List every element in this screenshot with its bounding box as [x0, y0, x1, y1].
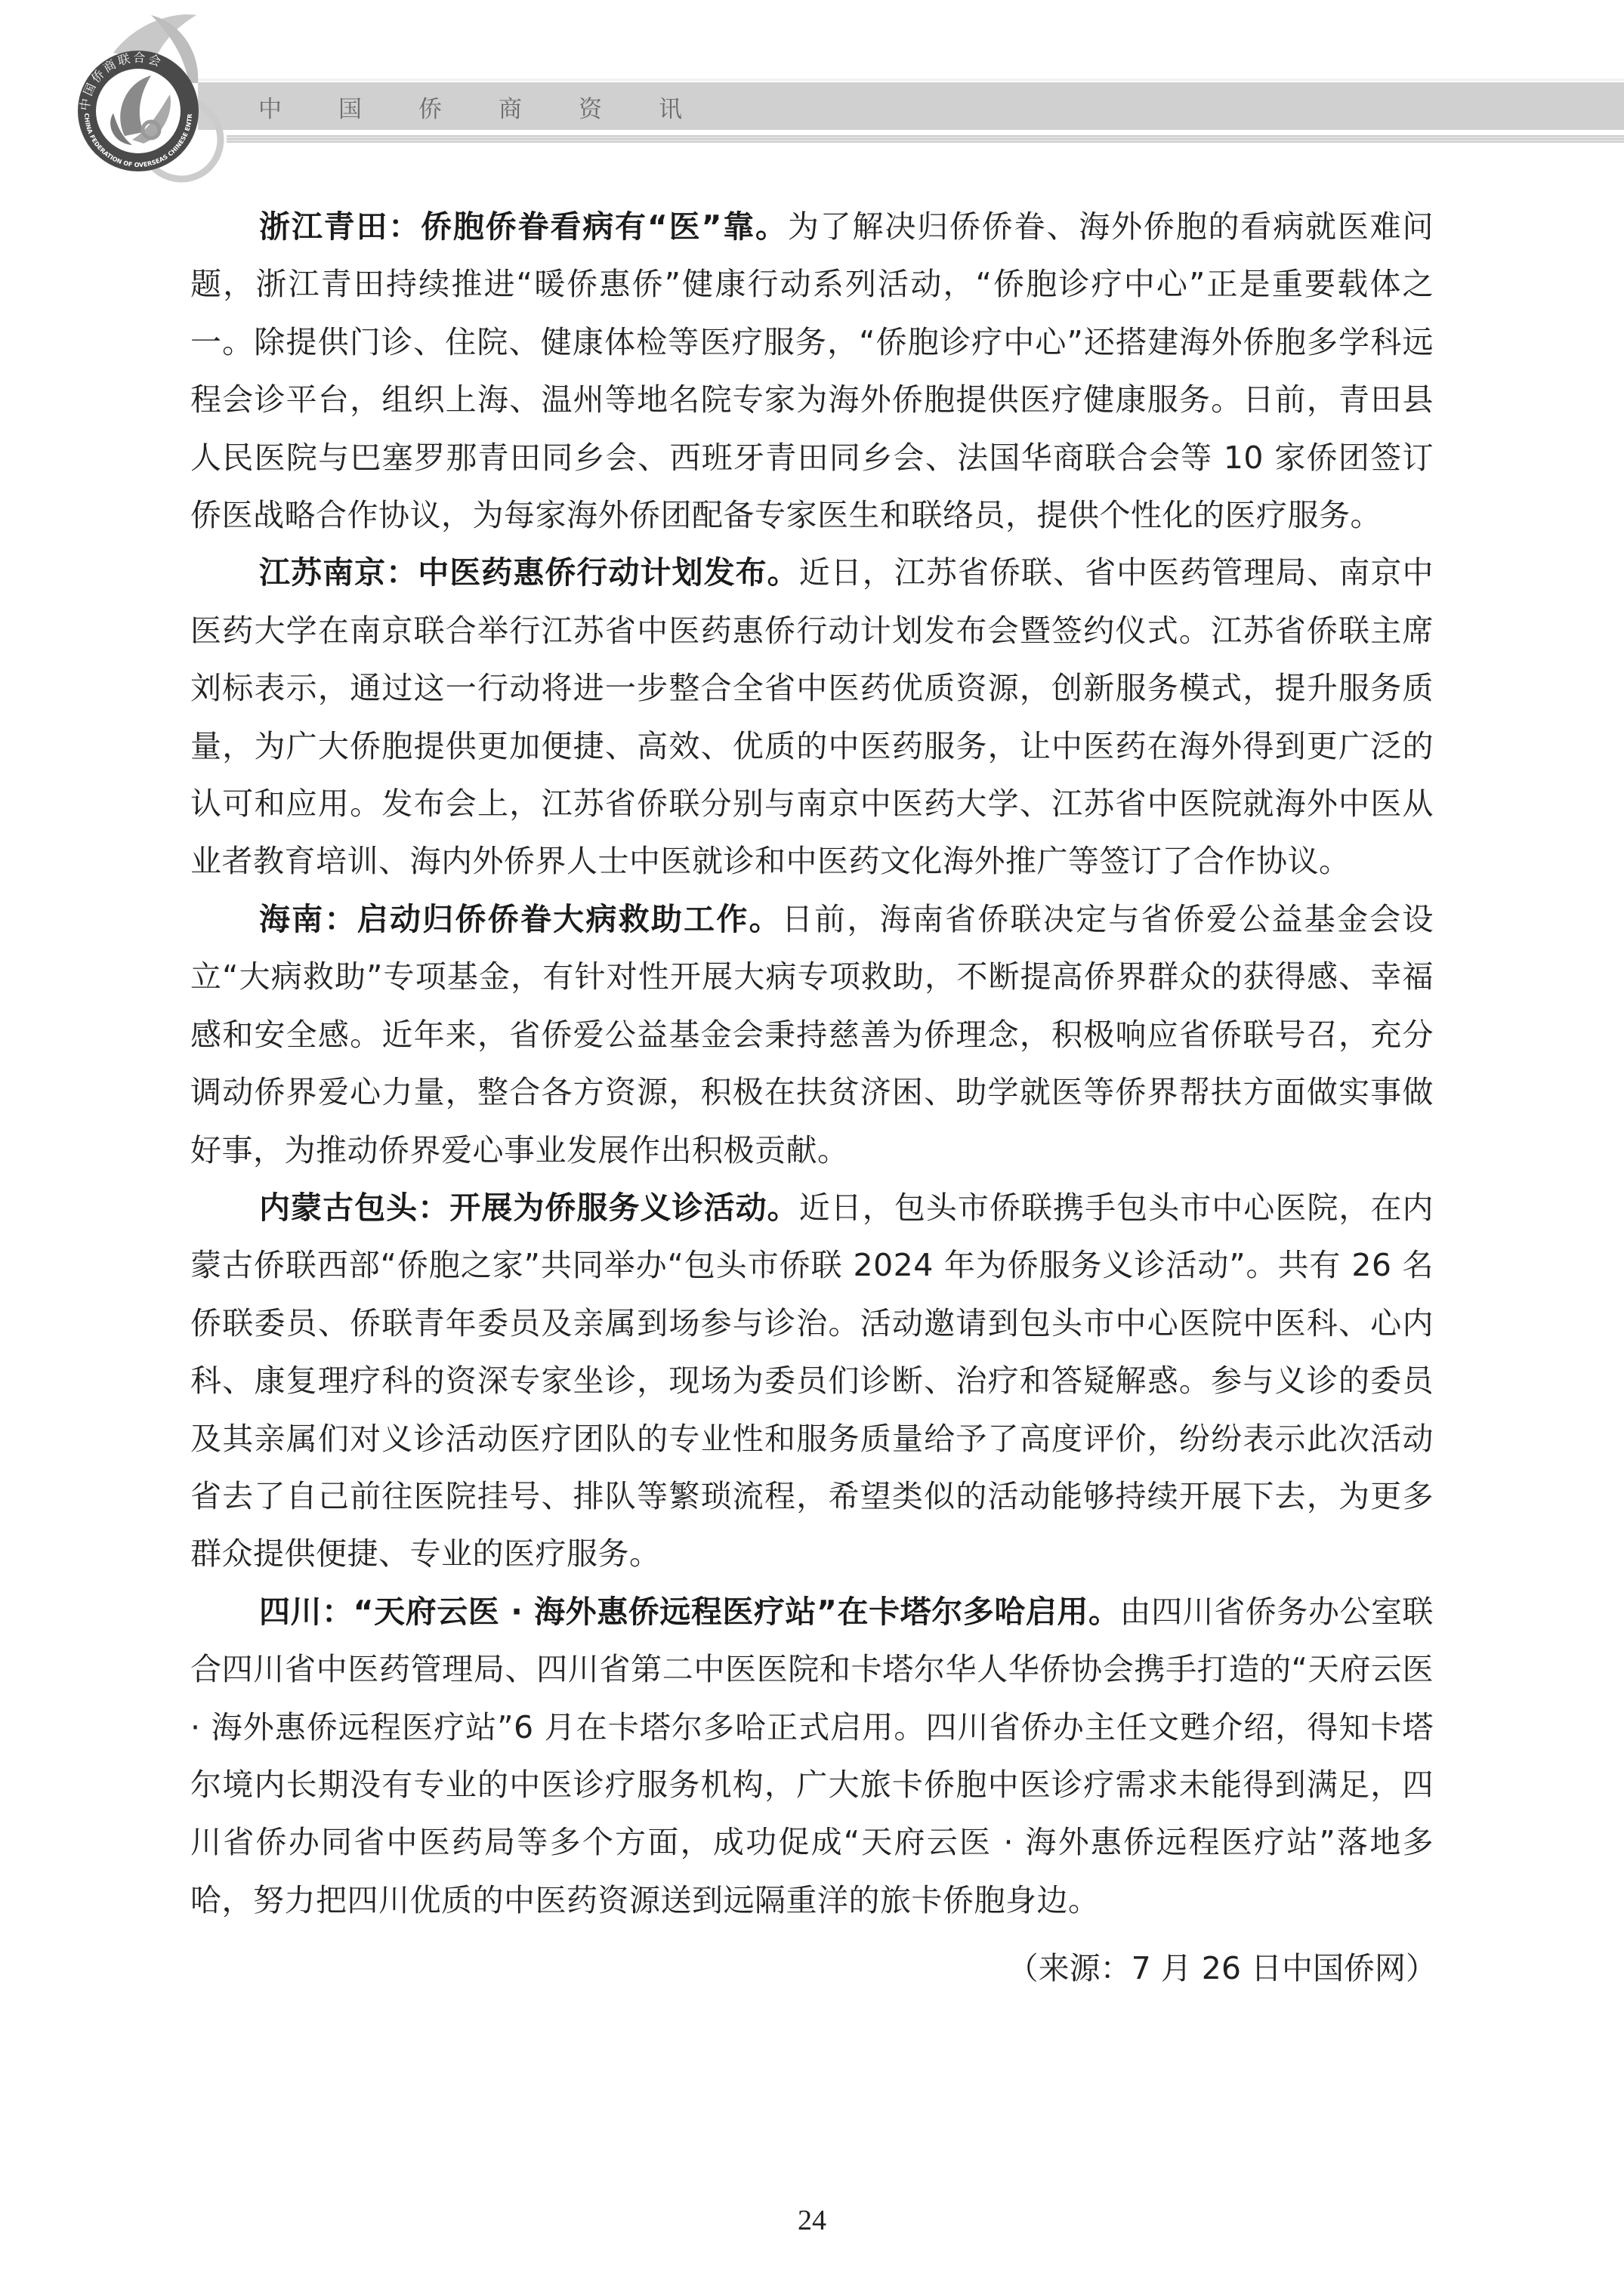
article-heading: 内蒙古包头：开展为侨服务义诊活动。	[259, 1190, 799, 1226]
masthead-char: 中	[258, 94, 338, 125]
article-body: 浙江青田：侨胞侨眷看病有“医”靠。为了解决归侨侨眷、海外侨胞的看病就医难问题，浙…	[190, 198, 1434, 1929]
masthead-char: 侨	[418, 94, 499, 125]
article-paragraph-hainan: 海南：启动归侨侨眷大病救助工作。日前，海南省侨联决定与省侨爱公益基金会设立“大病…	[190, 890, 1434, 1179]
article-text: 由四川省侨务办公室联合四川省中医药管理局、四川省第二中医医院和卡塔尔华人华侨协会…	[190, 1594, 1434, 1918]
masthead-char: 国	[338, 94, 418, 125]
source-citation: （来源：7 月 26 日中国侨网）	[1008, 1940, 1437, 1997]
masthead-char: 商	[499, 94, 579, 125]
federation-logo-icon: 中国侨商联合会 CHINA FEDERATION OF OVERSEAS CHI…	[30, 0, 272, 204]
article-text: 为了解决归侨侨眷、海外侨胞的看病就医难问题，浙江青田持续推进“暖侨惠侨”健康行动…	[190, 208, 1434, 533]
page-number: 24	[0, 2204, 1624, 2237]
masthead-title: 中 国 侨 商 资 讯	[258, 94, 739, 125]
article-paragraph-baotou: 内蒙古包头：开展为侨服务义诊活动。近日，包头市侨联携手包头市中心医院，在内蒙古侨…	[190, 1179, 1434, 1583]
page-header: 中国侨商联合会 CHINA FEDERATION OF OVERSEAS CHI…	[0, 0, 1624, 204]
masthead-char: 讯	[659, 94, 739, 125]
article-heading: 四川：“天府云医 · 海外惠侨远程医疗站”在卡塔尔多哈启用。	[259, 1594, 1120, 1630]
article-text: 近日，江苏省侨联、省中医药管理局、南京中医药大学在南京联合举行江苏省中医药惠侨行…	[190, 554, 1434, 879]
article-text: 近日，包头市侨联携手包头市中心医院，在内蒙古侨联西部“侨胞之家”共同举办“包头市…	[190, 1190, 1434, 1572]
article-paragraph-sichuan: 四川：“天府云医 · 海外惠侨远程医疗站”在卡塔尔多哈启用。由四川省侨务办公室联…	[190, 1583, 1434, 1929]
article-text: 日前，海南省侨联决定与省侨爱公益基金会设立“大病救助”专项基金，有针对性开展大病…	[190, 901, 1434, 1168]
masthead-char: 资	[579, 94, 659, 125]
header-stripe	[227, 135, 1624, 143]
article-heading: 江苏南京：中医药惠侨行动计划发布。	[259, 554, 799, 591]
article-paragraph-nanjing: 江苏南京：中医药惠侨行动计划发布。近日，江苏省侨联、省中医药管理局、南京中医药大…	[190, 544, 1434, 890]
article-heading: 浙江青田：侨胞侨眷看病有“医”靠。	[259, 208, 788, 245]
article-heading: 海南：启动归侨侨眷大病救助工作。	[259, 901, 782, 937]
header-band-top-line	[198, 79, 1624, 81]
article-paragraph-qingtian: 浙江青田：侨胞侨眷看病有“医”靠。为了解决归侨侨眷、海外侨胞的看病就医难问题，浙…	[190, 198, 1434, 544]
